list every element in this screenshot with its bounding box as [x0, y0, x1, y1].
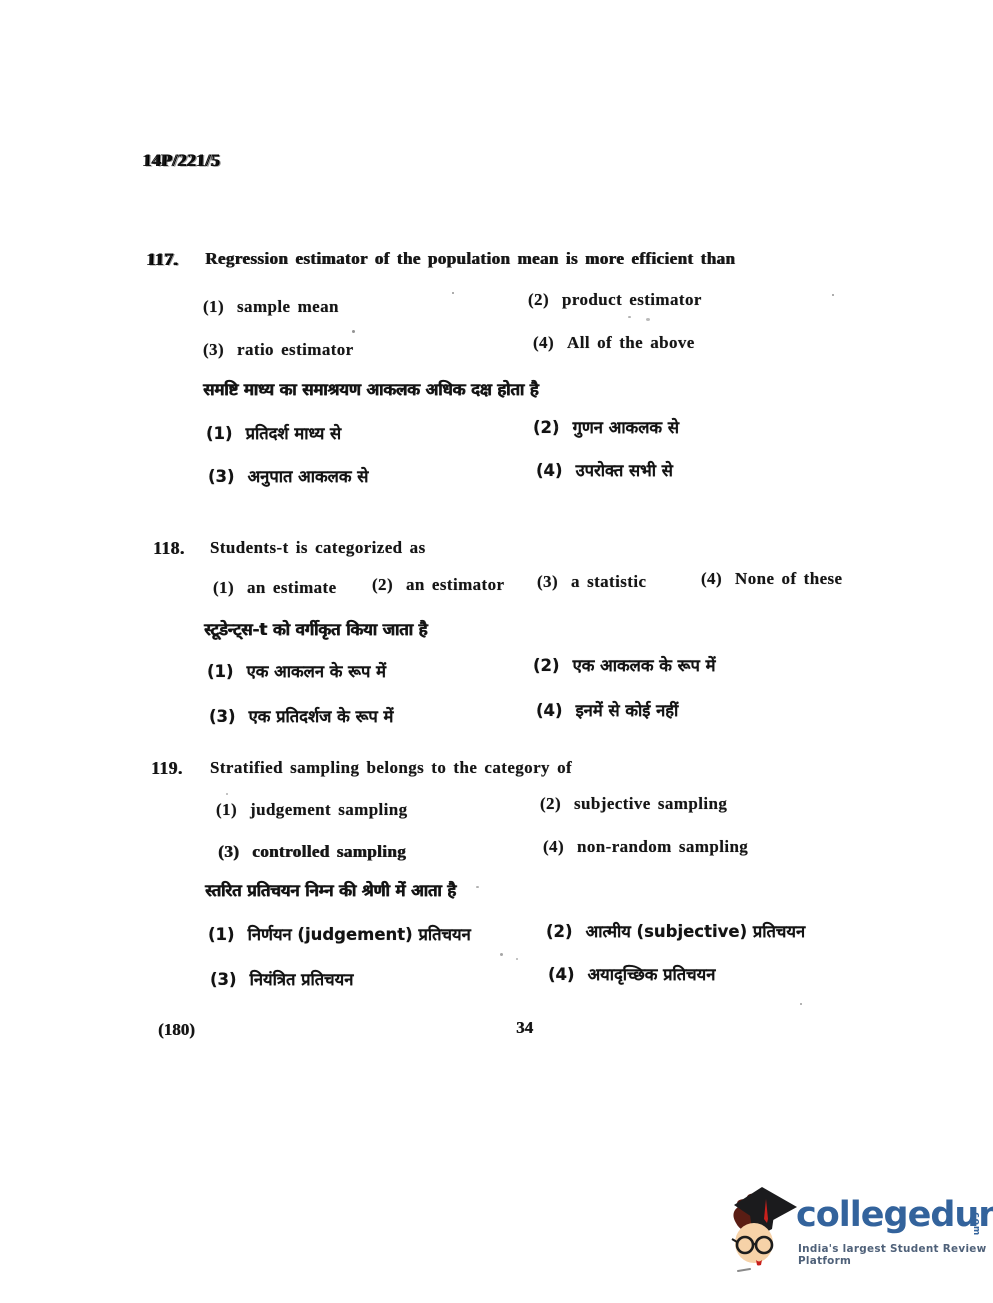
option-label: an estimate	[247, 578, 337, 598]
option-label: None of these	[735, 569, 842, 589]
option: (4) non-random sampling	[543, 837, 748, 857]
collegedunia-mascot-icon	[728, 1185, 798, 1277]
option-label: प्रतिदर्श माध्य से	[246, 421, 342, 444]
option-label: अयादृच्छिक प्रतिचयन	[588, 962, 716, 985]
option: (1) sample mean	[203, 297, 339, 317]
option: (2) subjective sampling	[540, 794, 727, 814]
option: (3) एक प्रतिदर्शज के रूप में	[209, 704, 393, 727]
option-label: अनुपात आकलक से	[248, 464, 369, 487]
question-text-en: Students-t is categorized as	[210, 538, 426, 558]
option: (3) अनुपात आकलक से	[208, 464, 368, 487]
option: (2) एक आकलक के रूप में	[533, 653, 715, 676]
option-number: (1)	[207, 662, 234, 681]
option: (4) All of the above	[533, 333, 695, 353]
option: (3) ratio estimator	[203, 340, 354, 360]
option-number: (1)	[216, 800, 237, 820]
collegedunia-logo: collegedunia .com India's largest Studen…	[728, 1185, 988, 1280]
option-label: एक प्रतिदर्शज के रूप में	[249, 704, 394, 727]
option-label: sample mean	[237, 297, 339, 317]
scan-noise-dot	[500, 953, 503, 956]
option-number: (1)	[213, 578, 234, 598]
scan-noise-dot	[462, 930, 466, 932]
option: (2) आत्मीय (subjective) प्रतिचयन	[546, 919, 805, 942]
option-number: (3)	[209, 707, 236, 726]
option: (3) नियंत्रित प्रतिचयन	[210, 967, 353, 990]
option-number: (4)	[533, 333, 554, 353]
option-label: a statistic	[571, 572, 646, 592]
question-text-en: Regression estimator of the population m…	[205, 249, 735, 269]
option-number: (3)	[208, 467, 235, 486]
option-number: (2)	[540, 794, 561, 814]
option-label: judgement sampling	[250, 800, 408, 820]
option: (4) उपरोक्त सभी से	[536, 458, 673, 481]
option-number: (2)	[528, 290, 549, 310]
scan-noise-dot	[516, 958, 518, 960]
option-number: (1)	[208, 925, 235, 944]
option-number: (2)	[533, 656, 560, 675]
option-label: इनमें से कोई नहीं	[576, 698, 679, 721]
option-number: (1)	[206, 424, 233, 443]
question-text-hi: समष्टि माध्य का समाश्रयण आकलक अधिक दक्ष …	[203, 377, 538, 400]
scan-noise-dot	[226, 793, 228, 795]
option-label: non-random sampling	[577, 837, 748, 857]
page-number: 34	[516, 1018, 533, 1038]
option: (2) गुणन आकलक से	[533, 415, 679, 438]
option-number: (3)	[203, 340, 224, 360]
collegedunia-wordmark: collegedunia	[796, 1195, 993, 1235]
question-text-en: Stratified sampling belongs to the categ…	[210, 758, 572, 778]
option: (1) एक आकलन के रूप में	[207, 659, 386, 682]
question-number: 119.	[151, 758, 183, 779]
question-number: 117.	[146, 249, 178, 270]
option-label: निर्णयन (judgement) प्रतिचयन	[248, 922, 471, 945]
option: (2) product estimator	[528, 290, 702, 310]
option-number: (3)	[218, 842, 239, 862]
option-label: नियंत्रित प्रतिचयन	[250, 967, 354, 990]
option-number: (4)	[701, 569, 722, 589]
scan-noise-dot	[646, 318, 650, 321]
option-number: (4)	[536, 461, 563, 480]
scan-noise-dot	[628, 316, 631, 318]
option-label: an estimator	[406, 575, 504, 595]
option-label: ratio estimator	[237, 340, 354, 360]
paper-code: 14P/221/5	[142, 150, 220, 171]
question-number: 118.	[153, 538, 185, 559]
question-text-hi: स्टूडेन्ट्स-t को वर्गीकृत किया जाता है	[204, 617, 427, 640]
option-label: subjective sampling	[574, 794, 727, 814]
option: (3) controlled sampling	[218, 842, 406, 862]
scan-noise-dot	[800, 1003, 802, 1005]
question-text-hi: स्तरित प्रतिचयन निम्न की श्रेणी में आता …	[205, 878, 456, 901]
option-number: (3)	[210, 970, 237, 989]
option-number: (2)	[546, 922, 573, 941]
scan-noise-dot	[556, 426, 558, 429]
option-number: (4)	[543, 837, 564, 857]
option-label: controlled sampling	[252, 842, 406, 862]
footer-code: (180)	[158, 1020, 195, 1040]
scan-noise-dot	[476, 886, 479, 888]
option-label: product estimator	[562, 290, 702, 310]
option-number: (4)	[548, 965, 575, 984]
scan-noise-dot	[452, 292, 454, 294]
option: (1) प्रतिदर्श माध्य से	[206, 421, 341, 444]
option-number: (2)	[372, 575, 393, 595]
option: (1) निर्णयन (judgement) प्रतिचयन	[208, 922, 471, 945]
option-label: एक आकलन के रूप में	[247, 659, 386, 682]
option: (4) इनमें से कोई नहीं	[536, 698, 678, 721]
collegedunia-tld: .com	[971, 1208, 981, 1236]
scan-noise-dot	[352, 330, 355, 333]
option-number: (3)	[537, 572, 558, 592]
option: (1) judgement sampling	[216, 800, 408, 820]
option: (4) None of these	[701, 569, 843, 589]
option-number: (1)	[203, 297, 224, 317]
option-number: (4)	[536, 701, 563, 720]
collegedunia-tagline: India's largest Student Review Platform	[798, 1243, 988, 1267]
option: (2) an estimator	[372, 575, 504, 595]
option: (4) अयादृच्छिक प्रतिचयन	[548, 962, 715, 985]
option-label: आत्मीय (subjective) प्रतिचयन	[586, 919, 806, 942]
option-label: गुणन आकलक से	[573, 415, 679, 438]
option-label: उपरोक्त सभी से	[576, 458, 673, 481]
scanned-exam-page: 14P/221/5 117. Regression estimator of t…	[0, 0, 993, 1303]
option: (1) an estimate	[213, 578, 337, 598]
option: (3) a statistic	[537, 572, 646, 592]
option-label: All of the above	[567, 333, 695, 353]
scan-noise-dot	[832, 294, 834, 296]
option-label: एक आकलक के रूप में	[573, 653, 716, 676]
